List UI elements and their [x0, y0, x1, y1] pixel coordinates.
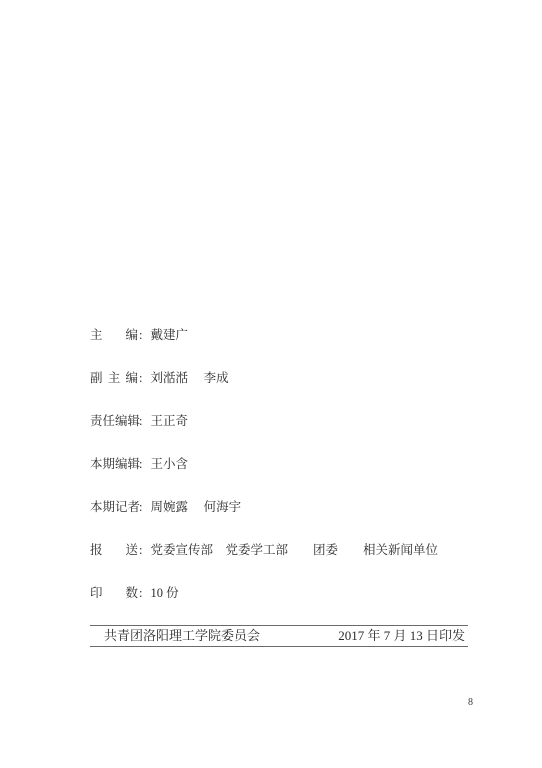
- credit-value: 党委宣传部 党委学工部 团委 相关新闻单位: [150, 543, 438, 557]
- credit-colon: :: [139, 500, 142, 514]
- credit-label: 本期编辑: [90, 457, 138, 471]
- credit-row-responsible-editor: 责任编辑: 王正奇: [90, 414, 438, 428]
- credit-value: 10 份: [150, 586, 178, 600]
- credit-value: 刘湉湉 李成: [150, 371, 228, 385]
- credit-row-distribution: 报送: 党委宣传部 党委学工部 团委 相关新闻单位: [90, 543, 438, 557]
- footer-issuance-bar: 共青团洛阳理工学院委员会 2017 年 7 月 13 日印发: [90, 625, 468, 647]
- credit-label: 本期记者: [90, 500, 138, 514]
- credit-row-print-count: 印数: 10 份: [90, 586, 438, 600]
- credit-label: 印数: [90, 586, 138, 600]
- credit-colon: :: [139, 371, 142, 385]
- credit-label: 主编: [90, 328, 138, 342]
- credit-colon: :: [139, 328, 142, 342]
- credit-colon: :: [139, 543, 142, 557]
- footer-date: 2017 年 7 月 13 日印发: [338, 628, 465, 643]
- credit-row-chief-editor: 主编: 戴建广: [90, 328, 438, 342]
- credit-row-issue-reporters: 本期记者: 周婉露 何海宇: [90, 500, 438, 514]
- credit-row-issue-editor: 本期编辑: 王小含: [90, 457, 438, 471]
- footer-issuer: 共青团洛阳理工学院委员会: [104, 628, 260, 643]
- credit-colon: :: [139, 586, 142, 600]
- credit-row-deputy-editor: 副主编: 刘湉湉 李成: [90, 371, 438, 385]
- credit-colon: :: [139, 414, 142, 428]
- credit-label: 副主编: [90, 371, 138, 385]
- credit-value: 戴建广: [150, 328, 188, 342]
- credit-value: 周婉露 何海宇: [150, 500, 241, 514]
- credit-value: 王小含: [150, 457, 188, 471]
- document-page: 主编: 戴建广 副主编: 刘湉湉 李成 责任编辑: 王正奇 本期编辑: 王小含 …: [0, 0, 542, 768]
- credits-block: 主编: 戴建广 副主编: 刘湉湉 李成 责任编辑: 王正奇 本期编辑: 王小含 …: [90, 328, 438, 629]
- page-number: 8: [468, 697, 473, 708]
- credit-colon: :: [139, 457, 142, 471]
- credit-label: 责任编辑: [90, 414, 138, 428]
- credit-value: 王正奇: [150, 414, 188, 428]
- credit-label: 报送: [90, 543, 138, 557]
